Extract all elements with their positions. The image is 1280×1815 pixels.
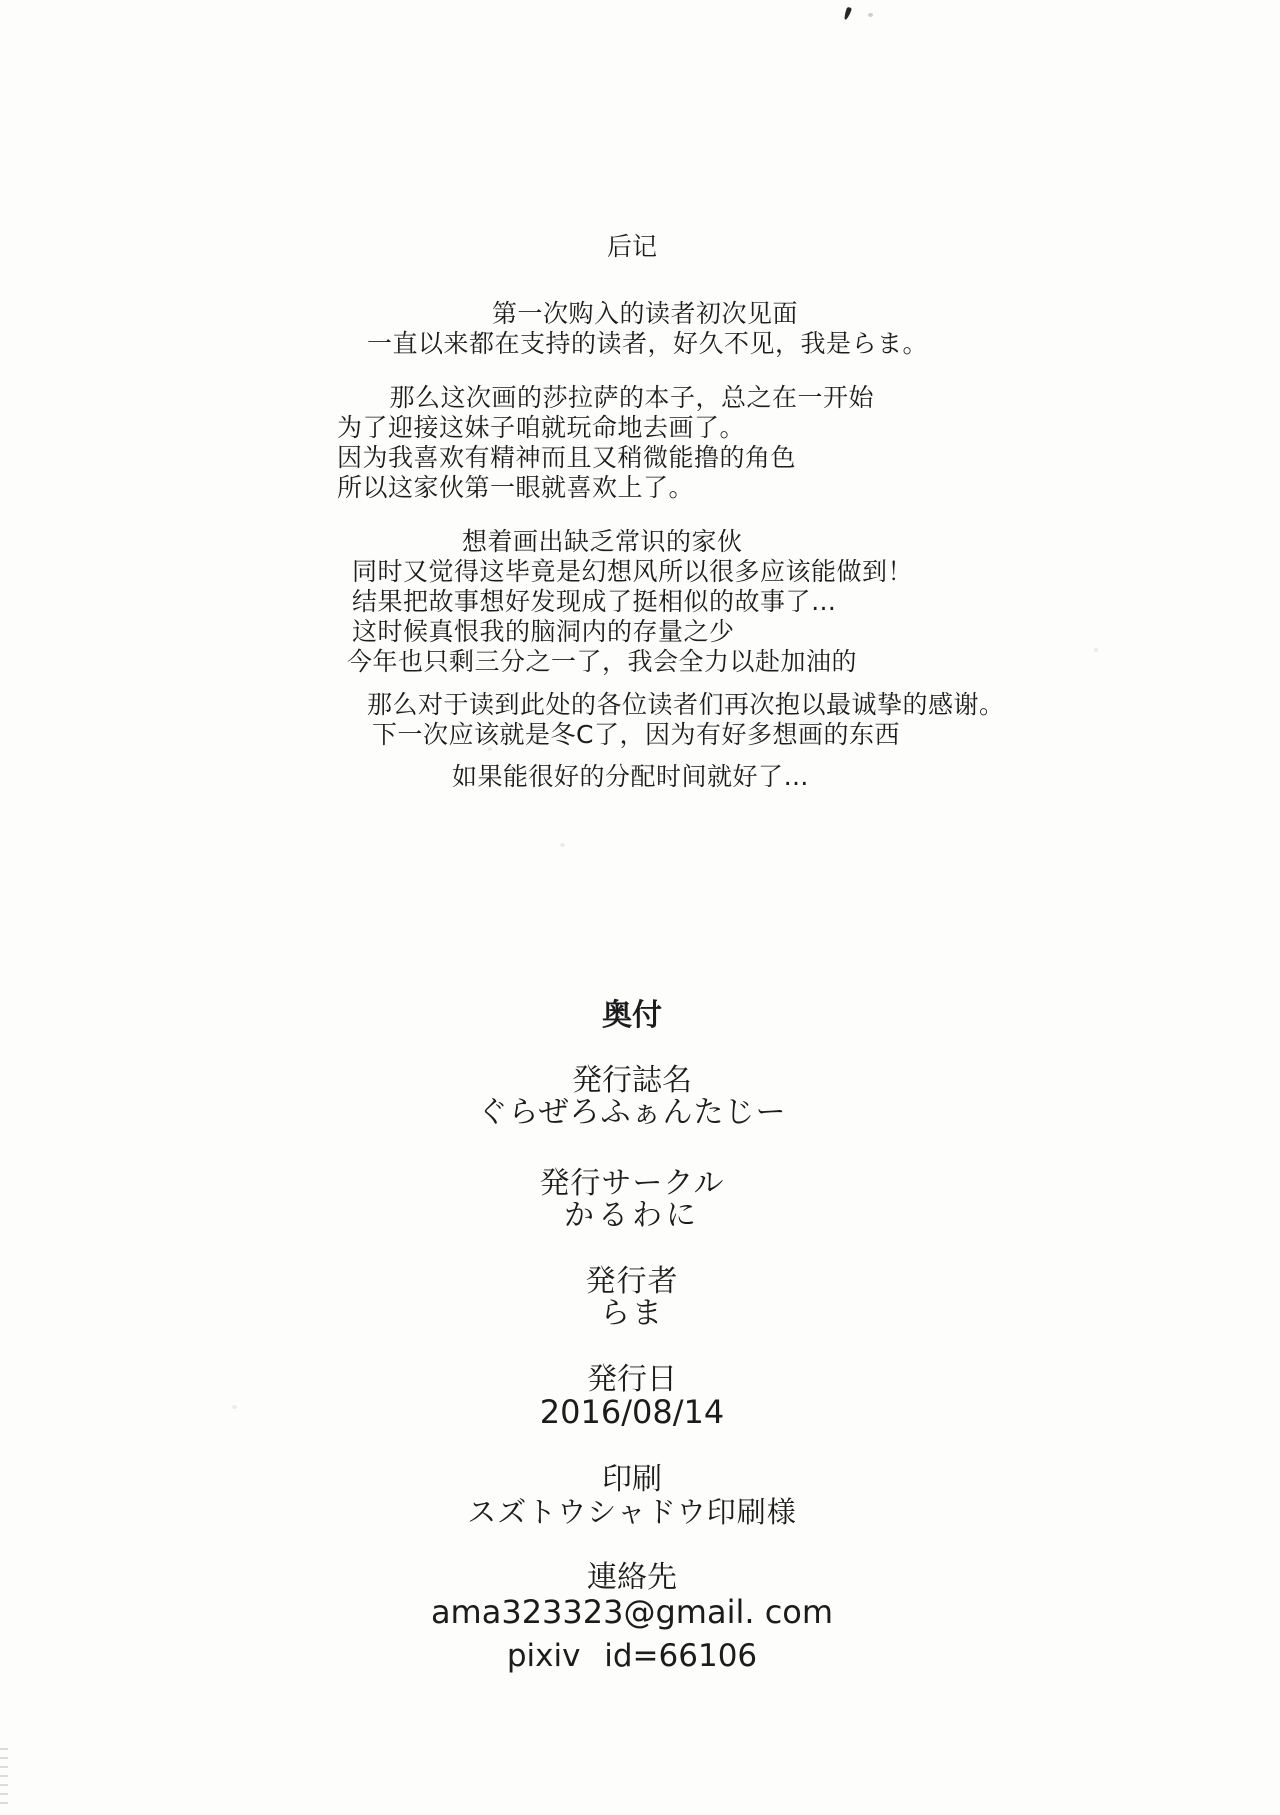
colophon-label: 発行日 xyxy=(0,1364,1264,1396)
colophon-value: pixiv id=66106 xyxy=(0,1640,1264,1672)
afterword-line: 如果能很好的分配时间就好了… xyxy=(337,762,1237,792)
afterword-paragraph: 如果能很好的分配时间就好了… xyxy=(337,762,1237,792)
afterword-title: 后记 xyxy=(0,232,1264,262)
afterword-line: 那么对于读到此处的各位读者们再次抱以最诚挚的感谢。 xyxy=(337,690,1237,720)
scan-speck xyxy=(488,747,492,751)
colophon-value: ぐらぜろふぁんたじー xyxy=(0,1097,1264,1129)
afterword-line: 下一次应该就是冬C了，因为有好多想画的东西 xyxy=(337,720,1237,750)
afterword-line: 为了迎接这妹子咱就玩命地去画了。 xyxy=(337,413,1237,443)
afterword-line: 那么这次画的莎拉萨的本子，总之在一开始 xyxy=(337,383,1237,413)
scanned-doujin-colophon-page: 后记 第一次购入的读者初次见面一直以来都在支持的读者，好久不见，我是らま。那么这… xyxy=(0,0,1280,1815)
afterword-line: 一直以来都在支持的读者，好久不见，我是らま。 xyxy=(337,329,1237,359)
scan-speck xyxy=(1094,648,1098,652)
colophon-value: かるわに xyxy=(0,1200,1264,1232)
colophon-value: らま xyxy=(0,1298,1264,1330)
scan-speck xyxy=(232,1405,237,1409)
afterword-paragraph: 想着画出缺乏常识的家伙同时又觉得这毕竟是幻想风所以很多应该能做到！结果把故事想好… xyxy=(337,527,1237,677)
afterword-paragraph: 第一次购入的读者初次见面一直以来都在支持的读者，好久不见，我是らま。 xyxy=(337,299,1237,359)
colophon-label: 印刷 xyxy=(0,1464,1264,1496)
scan-speck xyxy=(868,13,873,17)
afterword-paragraph: 那么这次画的莎拉萨的本子，总之在一开始为了迎接这妹子咱就玩命地去画了。因为我喜欢… xyxy=(337,383,1237,503)
scan-edge-smudge xyxy=(0,1748,8,1810)
colophon-value: スズトウシャドウ印刷様 xyxy=(0,1496,1264,1528)
afterword-line: 同时又觉得这毕竟是幻想风所以很多应该能做到！ xyxy=(337,557,1237,587)
colophon-value: 2016/08/14 xyxy=(0,1396,1264,1428)
colophon-label: 発行サークル xyxy=(0,1168,1264,1200)
afterword-paragraph: 那么对于读到此处的各位读者们再次抱以最诚挚的感谢。下一次应该就是冬C了，因为有好… xyxy=(337,690,1237,750)
afterword-line: 想着画出缺乏常识的家伙 xyxy=(337,527,1237,557)
colophon-label: 連絡先 xyxy=(0,1562,1264,1594)
afterword-line: 结果把故事想好发现成了挺相似的故事了… xyxy=(337,587,1237,617)
afterword-line: 所以这家伙第一眼就喜欢上了。 xyxy=(337,473,1237,503)
scan-speck xyxy=(560,843,565,847)
colophon-label: 発行者 xyxy=(0,1266,1264,1298)
afterword-line: 因为我喜欢有精神而且又稍微能撸的角色 xyxy=(337,443,1237,473)
colophon-value: ama323323@gmail. com xyxy=(0,1596,1264,1628)
afterword-line: 第一次购入的读者初次见面 xyxy=(337,299,1237,329)
colophon-title: 奥付 xyxy=(0,1000,1264,1032)
colophon-label: 発行誌名 xyxy=(0,1065,1264,1097)
afterword-line: 这时候真恨我的脑洞内的存量之少 xyxy=(337,617,1237,647)
afterword-line: 今年也只剩三分之一了，我会全力以赴加油的 xyxy=(337,647,1237,677)
scan-tick-mark xyxy=(843,7,852,21)
